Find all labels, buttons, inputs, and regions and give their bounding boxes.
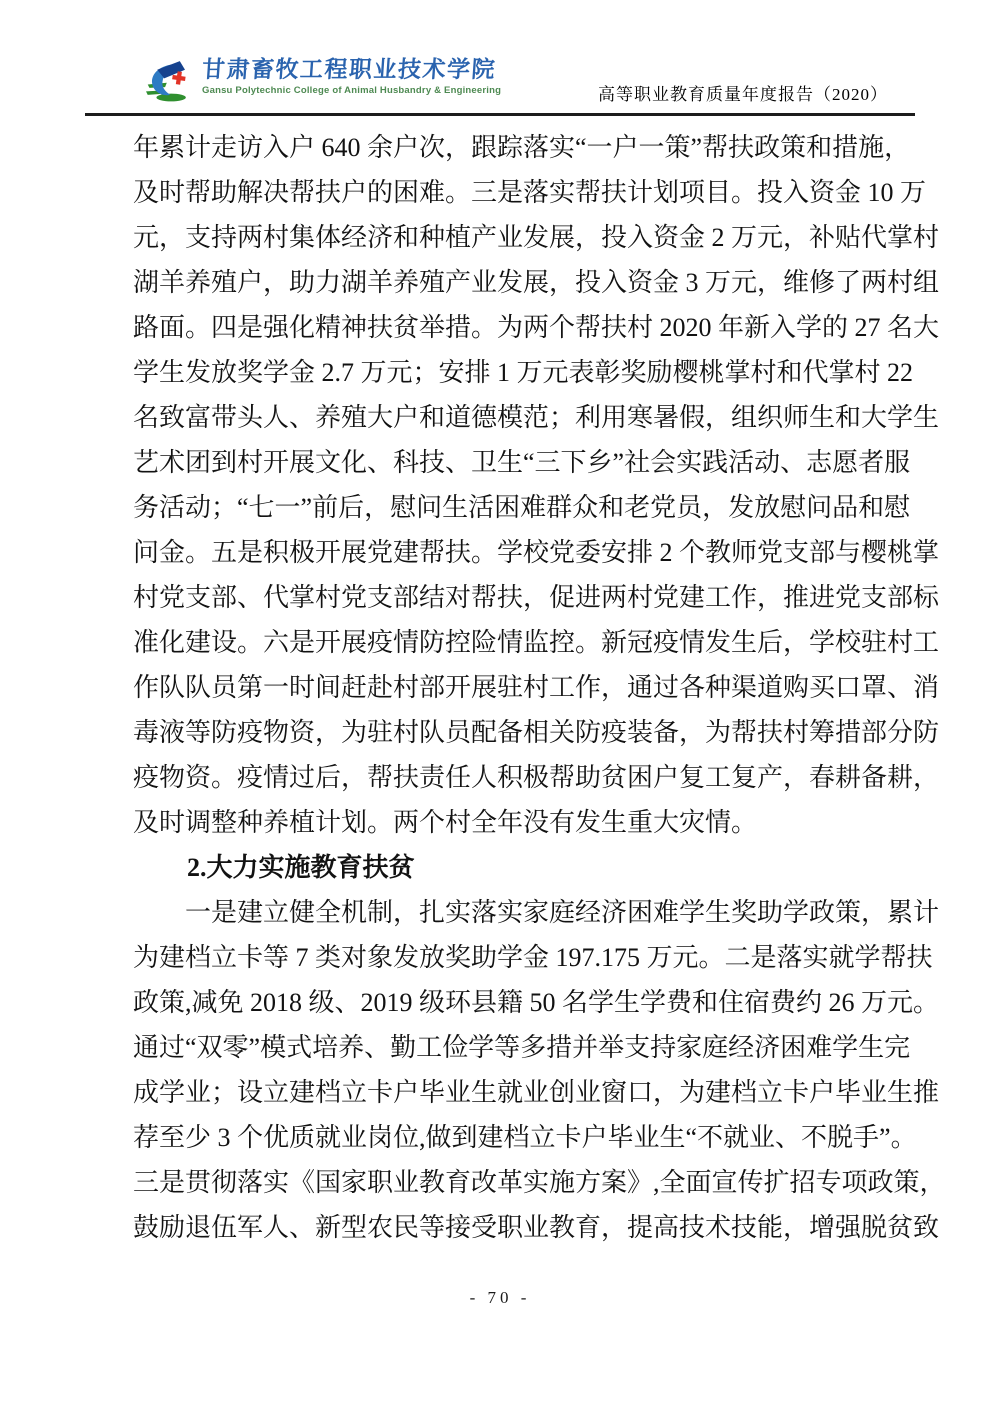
text-line: 及时帮助解决帮扶户的困难。三是落实帮扶计划项目。投入资金 10 万: [133, 170, 890, 215]
text-line: 名致富带头人、养殖大户和道德模范；利用寒暑假，组织师生和大学生: [133, 395, 890, 440]
text-line: 艺术团到村开展文化、科技、卫生“三下乡”社会实践活动、志愿者服: [133, 440, 890, 485]
text-line: 湖羊养殖户，助力湖羊养殖产业发展，投入资金 3 万元，维修了两村组: [133, 260, 890, 305]
document-page: 甘肃畜牧工程职业技术学院 Gansu Polytechnic College o…: [0, 0, 1000, 1414]
page-number: - 70 -: [470, 1288, 531, 1308]
text-line: 作队队员第一时间赶赴村部开展驻村工作，通过各种渠道购买口罩、消: [133, 665, 890, 710]
text-line: 鼓励退伍军人、新型农民等接受职业教育，提高技术技能，增强脱贫致: [133, 1205, 890, 1250]
text-line: 问金。五是积极开展党建帮扶。学校党委安排 2 个教师党支部与樱桃掌: [133, 530, 890, 575]
text-line: 准化建设。六是开展疫情防控险情监控。新冠疫情发生后，学校驻村工: [133, 620, 890, 665]
text-line: 路面。四是强化精神扶贫举措。为两个帮扶村 2020 年新入学的 27 名大: [133, 305, 890, 350]
text-line: 务活动；“七一”前后，慰问生活困难群众和老党员，发放慰问品和慰: [133, 485, 890, 530]
text-line: 疫物资。疫情过后，帮扶责任人积极帮助贫困户复工复产，春耕备耕，: [133, 755, 890, 800]
page-header: 甘肃畜牧工程职业技术学院 Gansu Polytechnic College o…: [0, 0, 1000, 120]
text-line: 年累计走访入户 640 余户次，跟踪落实“一户一策”帮扶政策和措施，: [133, 125, 890, 170]
college-logo: 甘肃畜牧工程职业技术学院 Gansu Polytechnic College o…: [146, 56, 501, 106]
text-line: 学生发放奖学金 2.7 万元；安排 1 万元表彰奖励樱桃掌村和代掌村 22: [133, 350, 890, 395]
page-footer: - 70 -: [0, 1288, 1000, 1308]
text-line: 为建档立卡等 7 类对象发放奖助学金 197.175 万元。二是落实就学帮扶: [133, 935, 890, 980]
text-line: 通过“双零”模式培养、勤工俭学等多措并举支持家庭经济困难学生完: [133, 1025, 890, 1070]
college-name-en: Gansu Polytechnic College of Animal Husb…: [202, 84, 501, 97]
text-line: 荐至少 3 个优质就业岗位,做到建档立卡户毕业生“不就业、不脱手”。: [133, 1115, 890, 1160]
text-line: 及时调整种养植计划。两个村全年没有发生重大灾情。: [133, 800, 890, 845]
text-line: 村党支部、代掌村党支部结对帮扶，促进两村党建工作，推进党支部标: [133, 575, 890, 620]
text-line: 一是建立健全机制，扎实落实家庭经济困难学生奖助学政策，累计: [133, 890, 890, 935]
text-line: 三是贯彻落实《国家职业教育改革实施方案》,全面宣传扩招专项政策，: [133, 1160, 890, 1205]
section-heading: 2.大力实施教育扶贫: [133, 845, 890, 890]
text-line: 政策,减免 2018 级、2019 级环县籍 50 名学生学费和住宿费约 26 …: [133, 980, 890, 1025]
report-title: 高等职业教育质量年度报告（2020）: [598, 80, 888, 105]
college-logo-text: 甘肃畜牧工程职业技术学院 Gansu Polytechnic College o…: [202, 56, 501, 97]
text-line: 元，支持两村集体经济和种植产业发展，投入资金 2 万元，补贴代掌村: [133, 215, 890, 260]
college-logo-icon: [146, 56, 198, 106]
body-text: 年累计走访入户 640 余户次，跟踪落实“一户一策”帮扶政策和措施，及时帮助解决…: [133, 125, 890, 1250]
college-name-zh: 甘肃畜牧工程职业技术学院: [201, 56, 502, 84]
header-rule: [85, 113, 915, 116]
text-line: 成学业；设立建档立卡户毕业生就业创业窗口，为建档立卡户毕业生推: [133, 1070, 890, 1115]
text-line: 毒液等防疫物资，为驻村队员配备相关防疫装备，为帮扶村筹措部分防: [133, 710, 890, 755]
